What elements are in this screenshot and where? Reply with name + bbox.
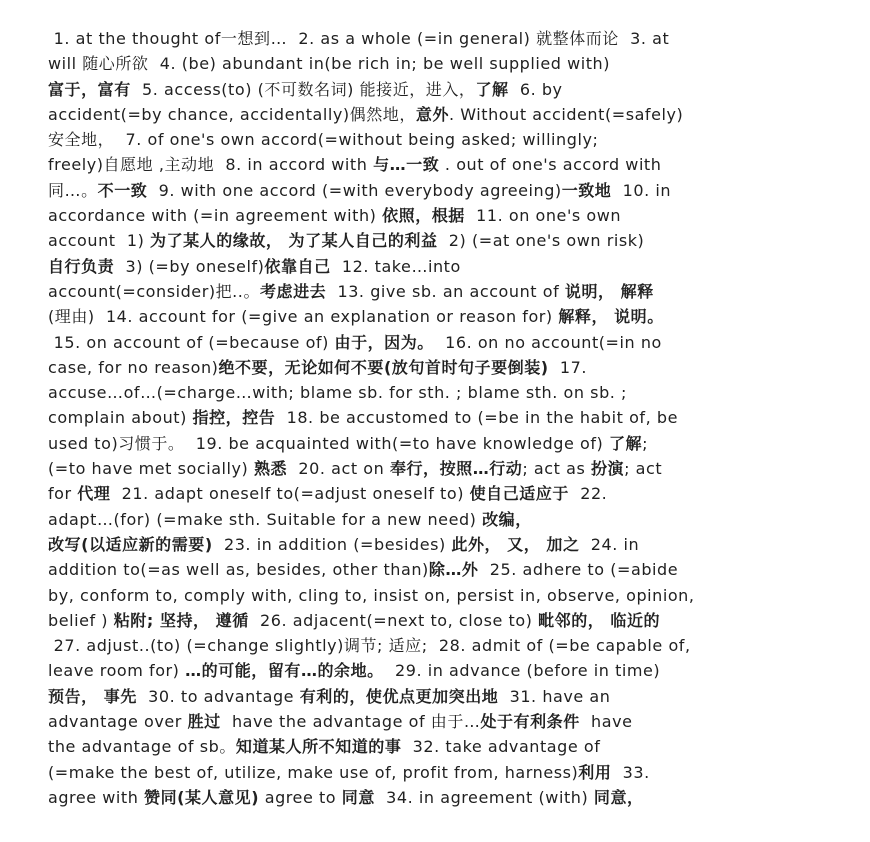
text-run: addition to(=as well as, besides, other … [48, 560, 429, 579]
bold-phrase: 有利的，使优点更加突出地 [300, 687, 499, 706]
text-run: 20. act on [287, 459, 390, 478]
text-run: . out of one's accord with [439, 155, 661, 174]
text-line: accident(=by chance, accidentally)偶然地，意外… [48, 102, 830, 127]
text-run: belief ) [48, 611, 114, 630]
text-run: complain about) [48, 408, 193, 427]
text-run: agree to [259, 788, 342, 807]
bold-phrase: 处于有利条件 [480, 712, 579, 731]
bold-phrase: 自行负责 [48, 257, 114, 276]
text-run: . Without accident(=safely) [449, 105, 683, 124]
text-line: 27. adjust..(to) (=change slightly)调节; 适… [48, 633, 830, 658]
text-run: ; [642, 434, 648, 453]
text-run: leave room for) [48, 661, 185, 680]
text-run: 6. by [509, 80, 563, 99]
text-run: 27. adjust..(to) (=change slightly)调节; 适… [48, 636, 691, 655]
text-line: 同…。不一致 9. with one accord (=with everybo… [48, 178, 830, 203]
text-line: (=make the best of, utilize, make use of… [48, 760, 830, 785]
text-line: 自行负责 3) (=by oneself)依靠自己 12. take…into [48, 254, 830, 279]
bold-phrase: 指控，控告 [193, 408, 276, 427]
text-run: 安全地， 7. of one's own accord(=without bei… [48, 130, 598, 149]
text-run: 16. on no account(=in no [434, 333, 662, 352]
bold-phrase: 改写(以适应新的需要) [48, 535, 213, 554]
text-line: 改写(以适应新的需要) 23. in addition (=besides) 此… [48, 532, 830, 557]
text-run: 18. be accustomed to (=be in the habit o… [275, 408, 678, 427]
text-run: 10. in [611, 181, 671, 200]
bold-phrase: 代理 [77, 484, 110, 503]
text-line: 富于，富有 5. access(to) (不可数名词) 能接近，进入，了解 6.… [48, 77, 830, 102]
text-line: 15. on account of (=because of) 由于，因为。 1… [48, 330, 830, 355]
text-line: will 随心所欲 4. (be) abundant in(be rich in… [48, 51, 830, 76]
text-run: advantage over [48, 712, 188, 731]
text-run: 同…。 [48, 181, 98, 200]
text-line: account(=consider)把..。考虑进去 13. give sb. … [48, 279, 830, 304]
text-run: 25. adhere to (=abide [478, 560, 678, 579]
bold-phrase: 预告， 事先 [48, 687, 137, 706]
text-line: complain about) 指控，控告 18. be accustomed … [48, 405, 830, 430]
text-run: 33. [611, 763, 649, 782]
bold-phrase: 考虑进去 [260, 282, 326, 301]
text-run: account 1) [48, 231, 150, 250]
bold-phrase: 绝不要，无论如何不要(放句首时句子要倒装) [218, 358, 548, 377]
text-run: (=to have met socially) [48, 459, 254, 478]
text-line: case, for no reason)绝不要，无论如何不要(放句首时句子要倒装… [48, 355, 830, 380]
text-run: used to)习惯于。 19. be acquainted with(=to … [48, 434, 609, 453]
text-run: by, conform to, comply with, cling to, i… [48, 586, 695, 605]
text-run: 30. to advantage [137, 687, 300, 706]
bold-phrase: 胜过 [188, 712, 221, 731]
bold-phrase: 熟悉 [254, 459, 287, 478]
text-run: 11. on one's own [465, 206, 621, 225]
text-run: 34. in agreement (with) [375, 788, 594, 807]
text-run: 21. adapt oneself to(=adjust oneself to) [110, 484, 469, 503]
bold-phrase: 除…外 [429, 560, 479, 579]
bold-phrase: 不一致 [98, 181, 148, 200]
text-run: accordance with (=in agreement with) [48, 206, 382, 225]
text-run: freely)自愿地 ,主动地 8. in accord with [48, 155, 373, 174]
text-line: account 1) 为了某人的缘故， 为了某人自己的利益 2) (=at on… [48, 228, 830, 253]
text-run: 31. have an [498, 687, 610, 706]
bold-phrase: 了解 [609, 434, 642, 453]
text-run: the advantage of sb。 [48, 737, 236, 756]
bold-phrase: 一致地 [562, 181, 612, 200]
text-run: 29. in advance (before in time) [384, 661, 661, 680]
text-line: the advantage of sb。知道某人所不知道的事 32. take … [48, 734, 830, 759]
bold-phrase: 解释， 说明。 [558, 307, 663, 326]
text-run: for [48, 484, 77, 503]
text-line: addition to(=as well as, besides, other … [48, 557, 830, 582]
bold-phrase: 奉行，按照…行动 [390, 459, 522, 478]
text-line: advantage over 胜过 have the advantage of … [48, 709, 830, 734]
text-run: 13. give sb. an account of [326, 282, 565, 301]
bold-phrase: 扮演 [591, 459, 624, 478]
text-run: ; act [624, 459, 662, 478]
bold-phrase: 使自己适应于 [470, 484, 569, 503]
text-run: adapt…(for) (=make sth. Suitable for a n… [48, 510, 482, 529]
bold-phrase: 了解 [475, 80, 508, 99]
text-run: case, for no reason) [48, 358, 218, 377]
text-run: 12. take…into [331, 257, 461, 276]
text-run: ; act as [522, 459, 591, 478]
bold-phrase: 由于，因为。 [335, 333, 434, 352]
text-run: 3) (=by oneself) [114, 257, 264, 276]
text-line: freely)自愿地 ,主动地 8. in accord with 与…一致 .… [48, 152, 830, 177]
text-line: 安全地， 7. of one's own accord(=without bei… [48, 127, 830, 152]
text-run: 17. [549, 358, 587, 377]
text-line: accordance with (=in agreement with) 依照，… [48, 203, 830, 228]
text-line: leave room for) …的可能，留有…的余地。 29. in adva… [48, 658, 830, 683]
text-line: accuse…of…(=charge…with; blame sb. for s… [48, 380, 830, 405]
document-page: 1. at the thought of一想到… 2. as a whole (… [0, 0, 870, 842]
text-line: belief ) 粘附; 坚持， 遵循 26. adjacent(=next t… [48, 608, 830, 633]
text-run: 9. with one accord (=with everybody agre… [147, 181, 561, 200]
bold-phrase: 知道某人所不知道的事 [236, 737, 402, 756]
text-line: by, conform to, comply with, cling to, i… [48, 583, 830, 608]
bold-phrase: 为了某人的缘故， 为了某人自己的利益 [150, 231, 437, 250]
text-run: 24. in [580, 535, 640, 554]
bold-phrase: 改编， [482, 510, 532, 529]
bold-phrase: 同意 [342, 788, 375, 807]
text-line: for 代理 21. adapt oneself to(=adjust ones… [48, 481, 830, 506]
text-run: will 随心所欲 4. (be) abundant in(be rich in… [48, 54, 610, 73]
bold-phrase: 毗邻的， 临近的 [538, 611, 660, 630]
text-line: (=to have met socially) 熟悉 20. act on 奉行… [48, 456, 830, 481]
bold-phrase: 说明， 解释 [565, 282, 654, 301]
text-line: used to)习惯于。 19. be acquainted with(=to … [48, 431, 830, 456]
text-run: 15. on account of (=because of) [48, 333, 335, 352]
text-line: 预告， 事先 30. to advantage 有利的，使优点更加突出地 31.… [48, 684, 830, 709]
bold-phrase: 此外， 又， 加之 [451, 535, 579, 554]
text-line: adapt…(for) (=make sth. Suitable for a n… [48, 507, 830, 532]
text-content: 1. at the thought of一想到… 2. as a whole (… [48, 26, 830, 810]
bold-phrase: 富于，富有 [48, 80, 131, 99]
bold-phrase: 赞同(某人意见) [144, 788, 259, 807]
text-run: have the advantage of 由于… [221, 712, 481, 731]
bold-phrase: 粘附; 坚持， 遵循 [114, 611, 249, 630]
bold-phrase: 同意， [594, 788, 644, 807]
text-line: (理由) 14. account for (=give an explanati… [48, 304, 830, 329]
text-run: 2) (=at one's own risk) [438, 231, 645, 250]
bold-phrase: 意外 [416, 105, 449, 124]
bold-phrase: …的可能，留有…的余地。 [185, 661, 384, 680]
text-run: (=make the best of, utilize, make use of… [48, 763, 578, 782]
text-run: 5. access(to) (不可数名词) 能接近，进入， [131, 80, 476, 99]
text-line: 1. at the thought of一想到… 2. as a whole (… [48, 26, 830, 51]
bold-phrase: 与…一致 [373, 155, 439, 174]
text-run: 26. adjacent(=next to, close to) [249, 611, 538, 630]
bold-phrase: 依靠自己 [264, 257, 330, 276]
text-run: 22. [569, 484, 607, 503]
bold-phrase: 利用 [578, 763, 611, 782]
text-run: accuse…of…(=charge…with; blame sb. for s… [48, 383, 627, 402]
bold-phrase: 依照，根据 [382, 206, 465, 225]
text-run: accident(=by chance, accidentally)偶然地， [48, 105, 416, 124]
text-run: account(=consider)把..。 [48, 282, 260, 301]
text-run: agree with [48, 788, 144, 807]
text-run: 32. take advantage of [401, 737, 600, 756]
text-run: 23. in addition (=besides) [213, 535, 452, 554]
text-line: agree with 赞同(某人意见) agree to 同意 34. in a… [48, 785, 830, 810]
text-run: have [580, 712, 633, 731]
text-run: (理由) 14. account for (=give an explanati… [48, 307, 558, 326]
text-run: 1. at the thought of一想到… 2. as a whole (… [48, 29, 669, 48]
